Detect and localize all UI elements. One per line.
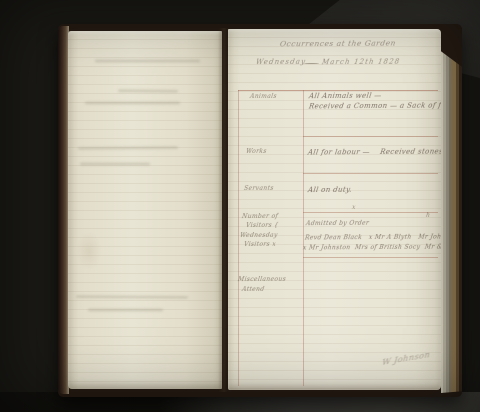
entry-works-line1: All for labour — Received stones in forg… (307, 147, 441, 156)
foxing-stain (76, 231, 102, 271)
row-label-visitors-x: Visitors x (243, 241, 276, 248)
showthrough-line (85, 102, 180, 104)
showthrough-line (78, 147, 178, 150)
paper-ruling (228, 29, 441, 390)
photo-background: Occurrences at the Garden Wednesday Marc… (0, 0, 480, 412)
row-label-servants: Servants (243, 185, 274, 192)
margin-mark-h: h (425, 212, 430, 219)
row-divider-3 (303, 212, 438, 213)
showthrough-line (80, 163, 150, 165)
row-label-works: Works (245, 148, 267, 155)
paper-ruling (68, 31, 222, 389)
row-label-wednesday: Wednesday (239, 232, 278, 239)
row-label-attend: Attend (241, 286, 264, 293)
entry-visitors-line1: Revd Dean Black x Mr A Blyth Mr Johnson (304, 233, 441, 241)
entry-visitors-line2: x Mr Johnston Mrs of British Socy Mr & L… (302, 243, 441, 251)
row-label-number-of: Number of (241, 213, 278, 220)
entry-servants-line1: All on duty. (307, 186, 352, 194)
entry-admissions-line1: Admitted by Order (305, 220, 369, 227)
page-edges-stack (441, 46, 462, 393)
right-page: Occurrences at the Garden Wednesday Marc… (228, 29, 441, 390)
showthrough-line (76, 296, 188, 299)
keeper-signature: W Johnson (382, 350, 431, 367)
journal-date: March 12th 1828 (321, 58, 400, 67)
journal-day: Wednesday (255, 58, 306, 66)
showthrough-line (88, 309, 163, 311)
entry-animals-line2: Received a Common — a Sack of food (308, 101, 441, 110)
row-label-animals: Animals (249, 93, 277, 100)
showthrough-line (95, 60, 200, 62)
margin-mark-x: x (351, 204, 356, 211)
row-label-visitors-brace: Visitors { (245, 222, 278, 229)
journal-title: Occurrences at the Garden (279, 39, 396, 49)
entry-animals-line1: All Animals well — (308, 92, 382, 101)
left-page (68, 31, 222, 389)
date-dash (304, 63, 319, 64)
row-divider-2 (303, 173, 438, 174)
showthrough-line (118, 90, 178, 93)
row-divider-4 (303, 257, 438, 258)
row-divider-1 (303, 136, 438, 137)
row-label-miscellaneous: Miscellaneous (237, 276, 286, 283)
table-top-rule (238, 90, 438, 91)
